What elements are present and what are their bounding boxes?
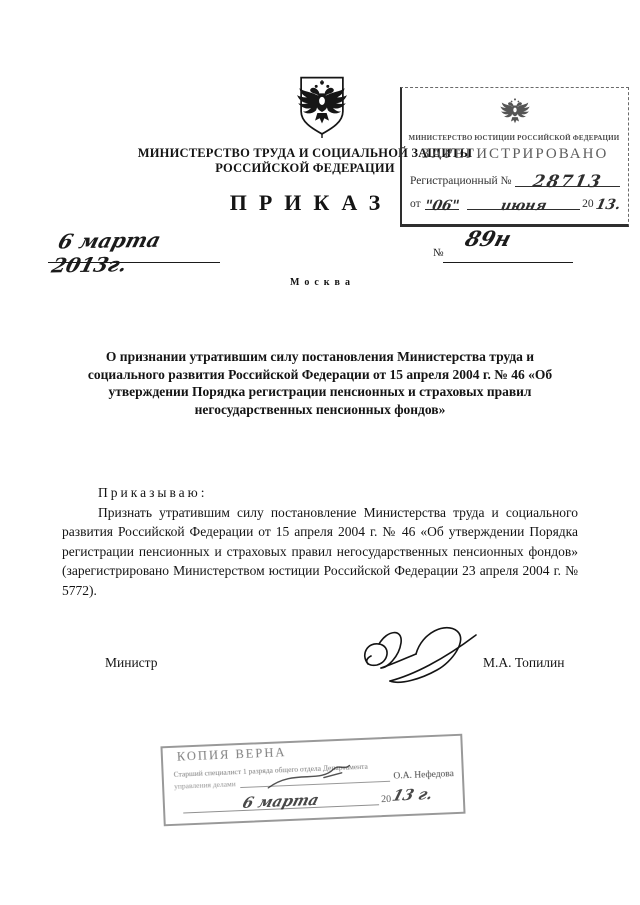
city-label: Москва [0, 277, 640, 288]
minister-signature [358, 622, 483, 697]
stamp-date-prefix: от [410, 198, 425, 210]
registration-number-line: 28713 [515, 174, 620, 187]
order-number-underline [443, 262, 573, 263]
stamp-date-year-printed: 20 [580, 198, 596, 210]
stamp-date-day-line: "06" [425, 198, 459, 210]
stamp-date-month-handwritten: июня [500, 201, 548, 211]
registration-number-handwritten: 28713 [532, 177, 603, 187]
copy-stamp-date-line: 6 марта [183, 788, 380, 813]
copy-stamp-department-line: управления делами [174, 779, 236, 791]
order-date-text: 6 марта 2013г. [49, 227, 233, 278]
order-date-underline [48, 262, 220, 263]
copy-stamp-date-handwritten: 6 марта [241, 791, 322, 812]
signer-title: Министр [105, 655, 157, 671]
order-body: Приказываю: Признать утратившим силу пос… [62, 483, 578, 600]
copy-stamp-title: КОПИЯ ВЕРНА [177, 745, 287, 765]
copy-certification-stamp: КОПИЯ ВЕРНА Старший специалист 1 разряда… [160, 734, 465, 827]
copy-stamp-year-handwritten: 13 г. [390, 785, 435, 805]
stamp-date-month-line: июня [467, 198, 580, 210]
order-title: О признании утратившим силу постановлени… [68, 348, 572, 418]
stamp-date-day-handwritten: "06" [424, 201, 460, 211]
registration-number-label: Регистрационный № [410, 175, 515, 187]
signer-name: М.А. Топилин [483, 655, 565, 671]
copy-stamp-signer-name: О.А. Нефедова [393, 769, 454, 782]
stamp-registered-label: ЗАРЕГИСТРИРОВАНО [402, 146, 628, 163]
stamp-ministry-name: МИНИСТЕРСТВО ЮСТИЦИИ РОССИЙСКОЙ ФЕДЕРАЦИ… [404, 134, 624, 142]
stamp-registration-number-row: Регистрационный № 28713 [410, 174, 620, 187]
order-number-label: № [433, 247, 444, 259]
order-number-handwritten: 89н [466, 226, 511, 252]
copy-stamp-signature-squiggle [263, 762, 354, 792]
order-number-text: 89н [462, 226, 514, 251]
order-date-handwritten: 6 марта 2013г. [56, 228, 226, 277]
scanned-order-document: МИНИСТЕРСТВО ТРУДА И СОЦИАЛЬНОЙ ЗАЩИТЫ Р… [0, 0, 640, 905]
order-body-intro: Приказываю: [62, 483, 578, 503]
copy-stamp-date-row: 6 марта 20 13 г. [183, 785, 434, 813]
stamp-coat-of-arms-icon [498, 91, 532, 133]
order-body-paragraph: Признать утратившим силу постановление М… [62, 503, 578, 601]
stamp-registration-date-row: от "06" июня 20 13. [410, 194, 620, 210]
justice-registration-stamp: МИНИСТЕРСТВО ЮСТИЦИИ РОССИЙСКОЙ ФЕДЕРАЦИ… [400, 87, 629, 227]
stamp-date-year-handwritten: 13. [594, 197, 622, 213]
